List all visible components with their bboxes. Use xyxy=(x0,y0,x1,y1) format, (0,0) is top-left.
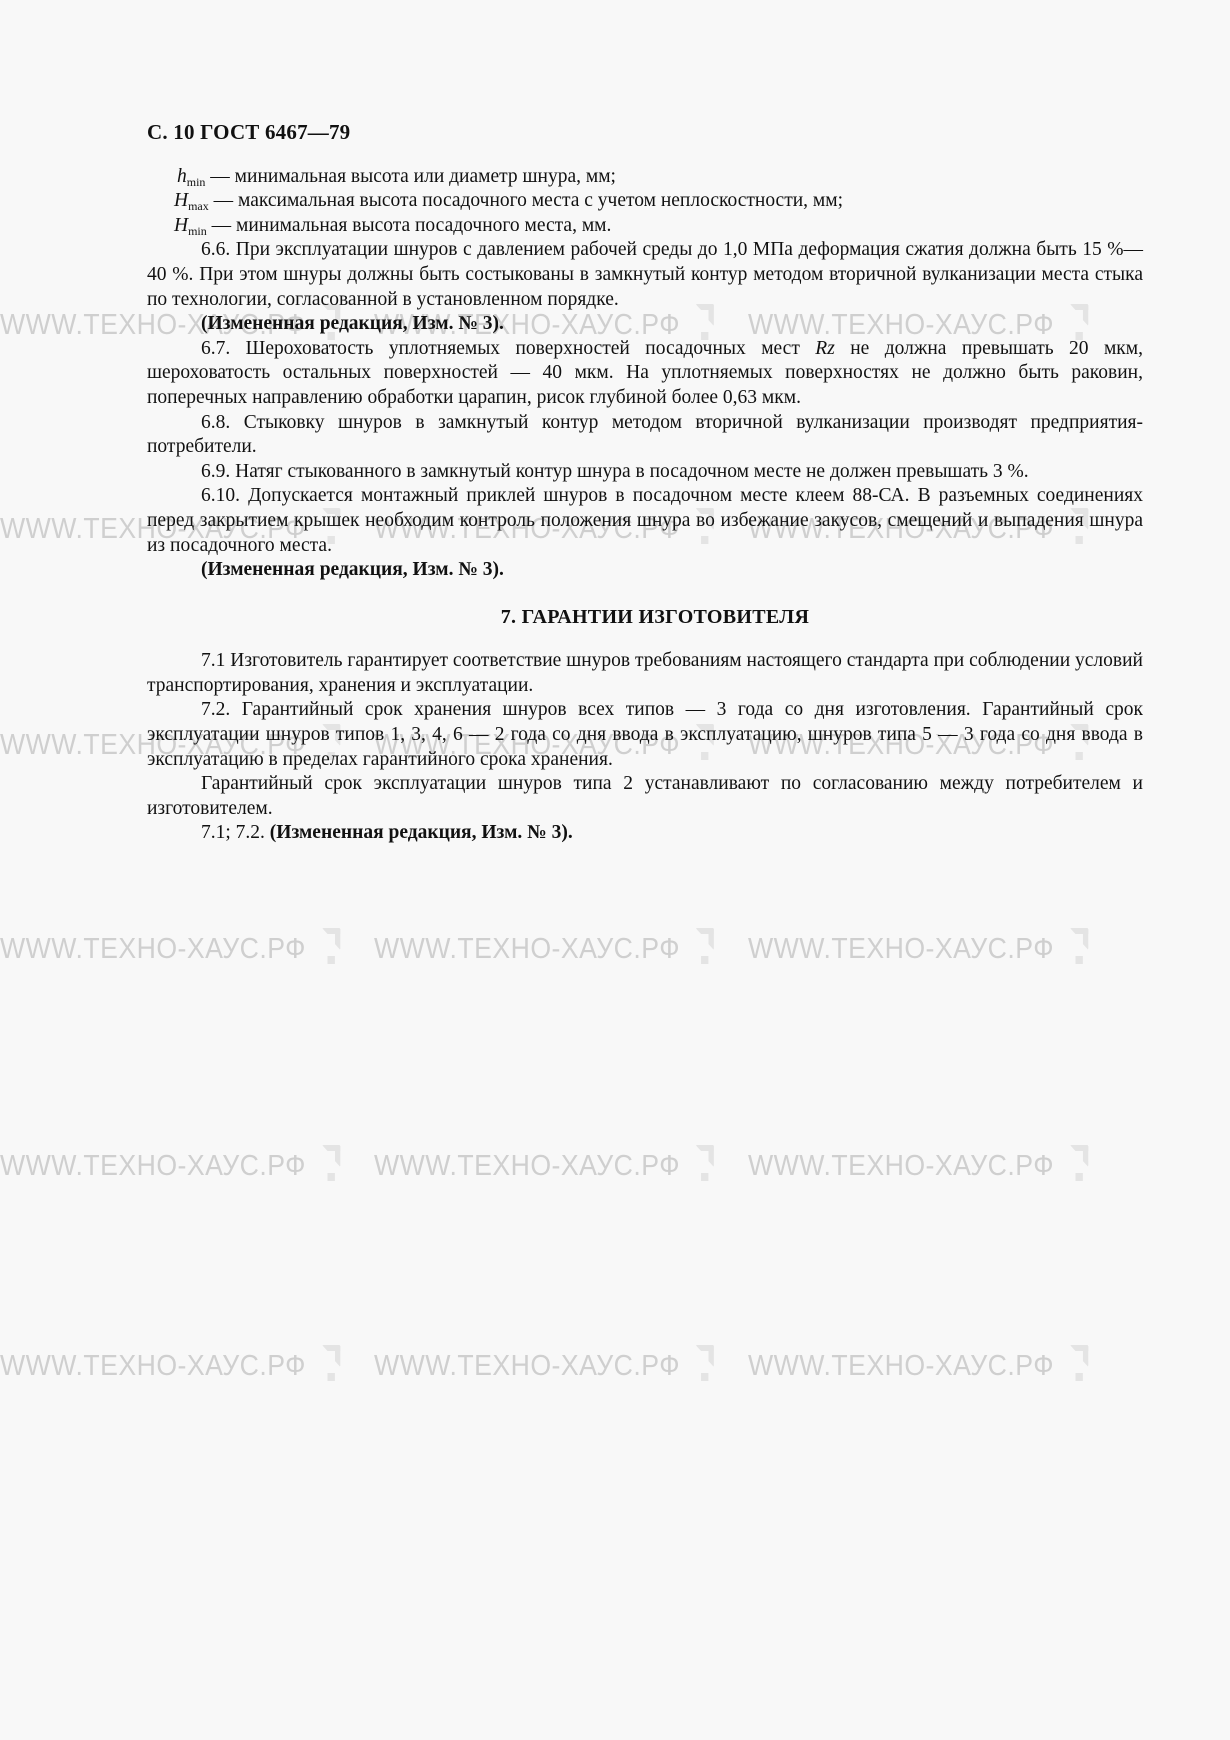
watermark-logo-icon xyxy=(319,1145,343,1181)
rz-symbol: Rz xyxy=(815,338,835,359)
amendment-text: (Измененная редакция, Изм. № 3). xyxy=(270,822,573,843)
watermark-logo-icon xyxy=(693,928,717,964)
symbol: h xyxy=(177,166,187,187)
clause-6-9: 6.9. Натяг стыкованного в замкнутый конт… xyxy=(147,460,1143,485)
clause-7-1: 7.1 Изготовитель гарантирует соответстви… xyxy=(147,649,1143,698)
subscript: min xyxy=(187,175,206,189)
watermark-text: WWW.ТЕХНО-ХАУС.РФ xyxy=(0,933,306,966)
watermark-text: WWW.ТЕХНО-ХАУС.РФ xyxy=(0,1150,306,1183)
watermark-item: WWW.ТЕХНО-ХАУС.РФ xyxy=(374,1139,748,1183)
watermark-text: WWW.ТЕХНО-ХАУС.РФ xyxy=(748,1350,1054,1383)
amendment-note: (Измененная редакция, Изм. № 3). xyxy=(147,312,1143,337)
amendment-note-7: 7.1; 7.2. (Измененная редакция, Изм. № 3… xyxy=(147,821,1143,846)
symbol: H xyxy=(174,190,188,211)
watermark-item: WWW.ТЕХНО-ХАУС.РФ xyxy=(374,922,748,966)
watermark-text: WWW.ТЕХНО-ХАУС.РФ xyxy=(0,1350,306,1383)
watermark-logo-icon xyxy=(1067,928,1091,964)
clause-7-2-note: Гарантийный срок эксплуатации шнуров тип… xyxy=(147,772,1143,821)
definition-text: — минимальная высота или диаметр шнура, … xyxy=(210,166,616,187)
section-title: 7. ГАРАНТИИ ИЗГОТОВИТЕЛЯ xyxy=(147,605,1143,630)
amendment-prefix: 7.1; 7.2. xyxy=(201,822,270,843)
watermark-item: WWW.ТЕХНО-ХАУС.РФ xyxy=(0,1139,374,1183)
document-page: С. 10 ГОСТ 6467—79 hmin — минимальная вы… xyxy=(147,120,1143,846)
watermark-item: WWW.ТЕХНО-ХАУС.РФ xyxy=(748,1339,1122,1383)
subscript: max xyxy=(188,199,209,213)
watermark-item: WWW.ТЕХНО-ХАУС.РФ xyxy=(374,1339,748,1383)
page-header: С. 10 ГОСТ 6467—79 xyxy=(147,120,1143,145)
watermark-row: WWW.ТЕХНО-ХАУС.РФWWW.ТЕХНО-ХАУС.РФWWW.ТЕ… xyxy=(0,922,1132,956)
definition-Hmin: Hmin — минимальная высота посадочного ме… xyxy=(147,214,1143,239)
definition-text: — минимальная высота посадочного места, … xyxy=(212,215,612,236)
definition-hmin: hmin — минимальная высота или диаметр шн… xyxy=(147,165,1143,190)
subscript: min xyxy=(188,224,207,238)
clause-6-10: 6.10. Допускается монтажный приклей шнур… xyxy=(147,484,1143,558)
watermark-item: WWW.ТЕХНО-ХАУС.РФ xyxy=(748,922,1122,966)
watermark-text: WWW.ТЕХНО-ХАУС.РФ xyxy=(748,1150,1054,1183)
amendment-note: (Измененная редакция, Изм. № 3). xyxy=(147,558,1143,583)
definition-text: — максимальная высота посадочного места … xyxy=(214,190,843,211)
symbol: H xyxy=(174,215,188,236)
definition-Hmax: Hmax — максимальная высота посадочного м… xyxy=(147,189,1143,214)
clause-7-2: 7.2. Гарантийный срок хранения шнуров вс… xyxy=(147,698,1143,772)
watermark-text: WWW.ТЕХНО-ХАУС.РФ xyxy=(374,1350,680,1383)
clause-text: 6.7. Шероховатость уплотняемых поверхнос… xyxy=(201,338,815,359)
watermark-logo-icon xyxy=(693,1345,717,1381)
watermark-logo-icon xyxy=(1067,1145,1091,1181)
watermark-row: WWW.ТЕХНО-ХАУС.РФWWW.ТЕХНО-ХАУС.РФWWW.ТЕ… xyxy=(0,1139,1132,1173)
watermark-logo-icon xyxy=(1067,1345,1091,1381)
watermark-item: WWW.ТЕХНО-ХАУС.РФ xyxy=(0,922,374,966)
clause-6-7: 6.7. Шероховатость уплотняемых поверхнос… xyxy=(147,337,1143,411)
watermark-logo-icon xyxy=(319,928,343,964)
watermark-row: WWW.ТЕХНО-ХАУС.РФWWW.ТЕХНО-ХАУС.РФWWW.ТЕ… xyxy=(0,1339,1132,1373)
watermark-text: WWW.ТЕХНО-ХАУС.РФ xyxy=(374,1150,680,1183)
clause-6-8: 6.8. Стыковку шнуров в замкнутый контур … xyxy=(147,411,1143,460)
watermark-text: WWW.ТЕХНО-ХАУС.РФ xyxy=(748,933,1054,966)
watermark-logo-icon xyxy=(319,1345,343,1381)
watermark-item: WWW.ТЕХНО-ХАУС.РФ xyxy=(748,1139,1122,1183)
clause-6-6: 6.6. При эксплуатации шнуров с давлением… xyxy=(147,238,1143,312)
watermark-logo-icon xyxy=(693,1145,717,1181)
watermark-text: WWW.ТЕХНО-ХАУС.РФ xyxy=(374,933,680,966)
watermark-item: WWW.ТЕХНО-ХАУС.РФ xyxy=(0,1339,374,1383)
